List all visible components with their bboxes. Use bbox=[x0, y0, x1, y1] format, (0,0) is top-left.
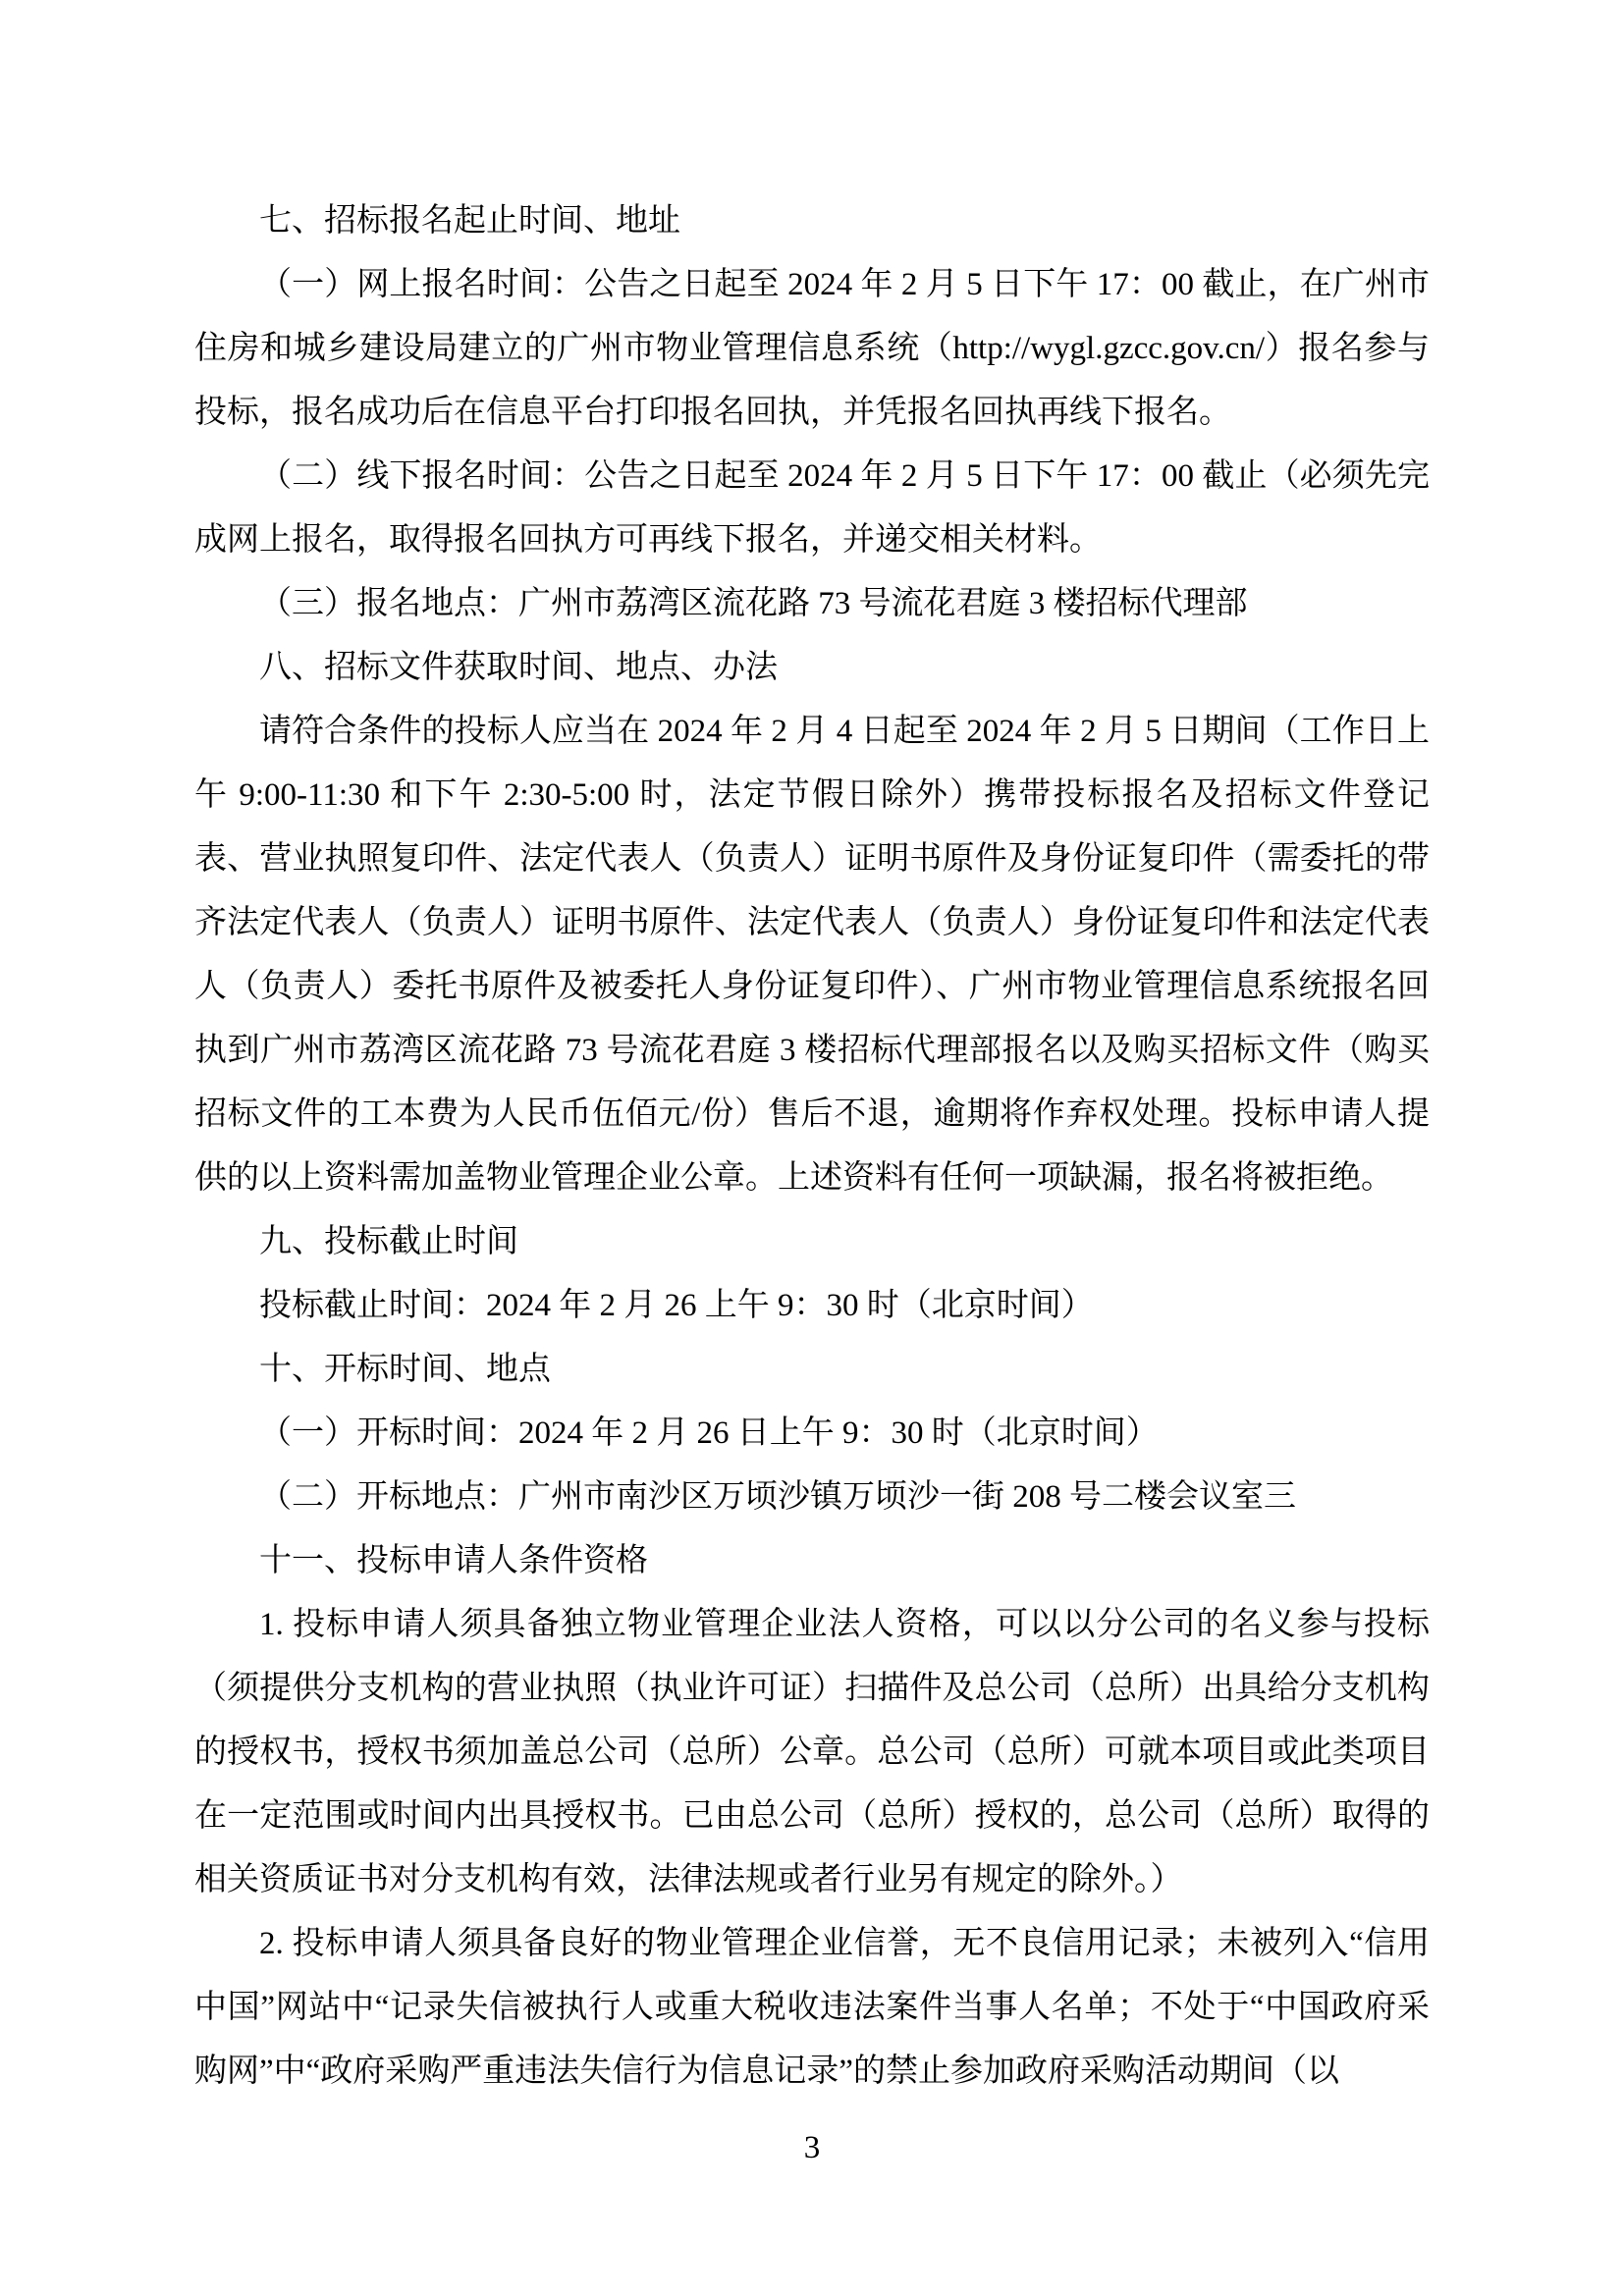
paragraph-signup-location: （三）报名地点：广州市荔湾区流花路 73 号流花君庭 3 楼招标代理部 bbox=[194, 572, 1430, 636]
paragraph-bid-opening-time: （一）开标时间：2024 年 2 月 26 日上午 9：30 时（北京时间） bbox=[194, 1402, 1430, 1466]
paragraph-bid-deadline: 投标截止时间：2024 年 2 月 26 上午 9：30 时（北京时间） bbox=[194, 1274, 1430, 1338]
paragraph-offline-signup-time: （二）线下报名时间：公告之日起至 2024 年 2 月 5 日下午 17：00 … bbox=[194, 445, 1430, 572]
paragraph-heading-11: 十一、投标申请人条件资格 bbox=[194, 1529, 1430, 1593]
page-footer: 3 bbox=[0, 2128, 1624, 2167]
document-page: 七、招标报名起止时间、地址 （一）网上报名时间：公告之日起至 2024 年 2 … bbox=[0, 0, 1624, 2296]
paragraph-applicant-qualification-1: 1. 投标申请人须具备独立物业管理企业法人资格，可以以分公司的名义参与投标（须提… bbox=[194, 1593, 1430, 1912]
paragraph-heading-8: 八、招标文件获取时间、地点、办法 bbox=[194, 636, 1430, 700]
paragraph-bid-opening-location: （二）开标地点：广州市南沙区万顷沙镇万顷沙一街 208 号二楼会议室三 bbox=[194, 1466, 1430, 1529]
paragraph-heading-9: 九、投标截止时间 bbox=[194, 1210, 1430, 1274]
paragraph-heading-7: 七、招标报名起止时间、地址 bbox=[194, 189, 1430, 253]
paragraph-online-signup-time: （一）网上报名时间：公告之日起至 2024 年 2 月 5 日下午 17：00 … bbox=[194, 253, 1430, 445]
paragraph-applicant-qualification-2: 2. 投标申请人须具备良好的物业管理企业信誉，无不良信用记录；未被列入“信用中国… bbox=[194, 1912, 1430, 2104]
paragraph-heading-10: 十、开标时间、地点 bbox=[194, 1338, 1430, 1402]
paragraph-document-acquisition: 请符合条件的投标人应当在 2024 年 2 月 4 日起至 2024 年 2 月… bbox=[194, 700, 1430, 1210]
page-number: 3 bbox=[804, 2130, 821, 2165]
document-body: 七、招标报名起止时间、地址 （一）网上报名时间：公告之日起至 2024 年 2 … bbox=[194, 189, 1430, 2104]
